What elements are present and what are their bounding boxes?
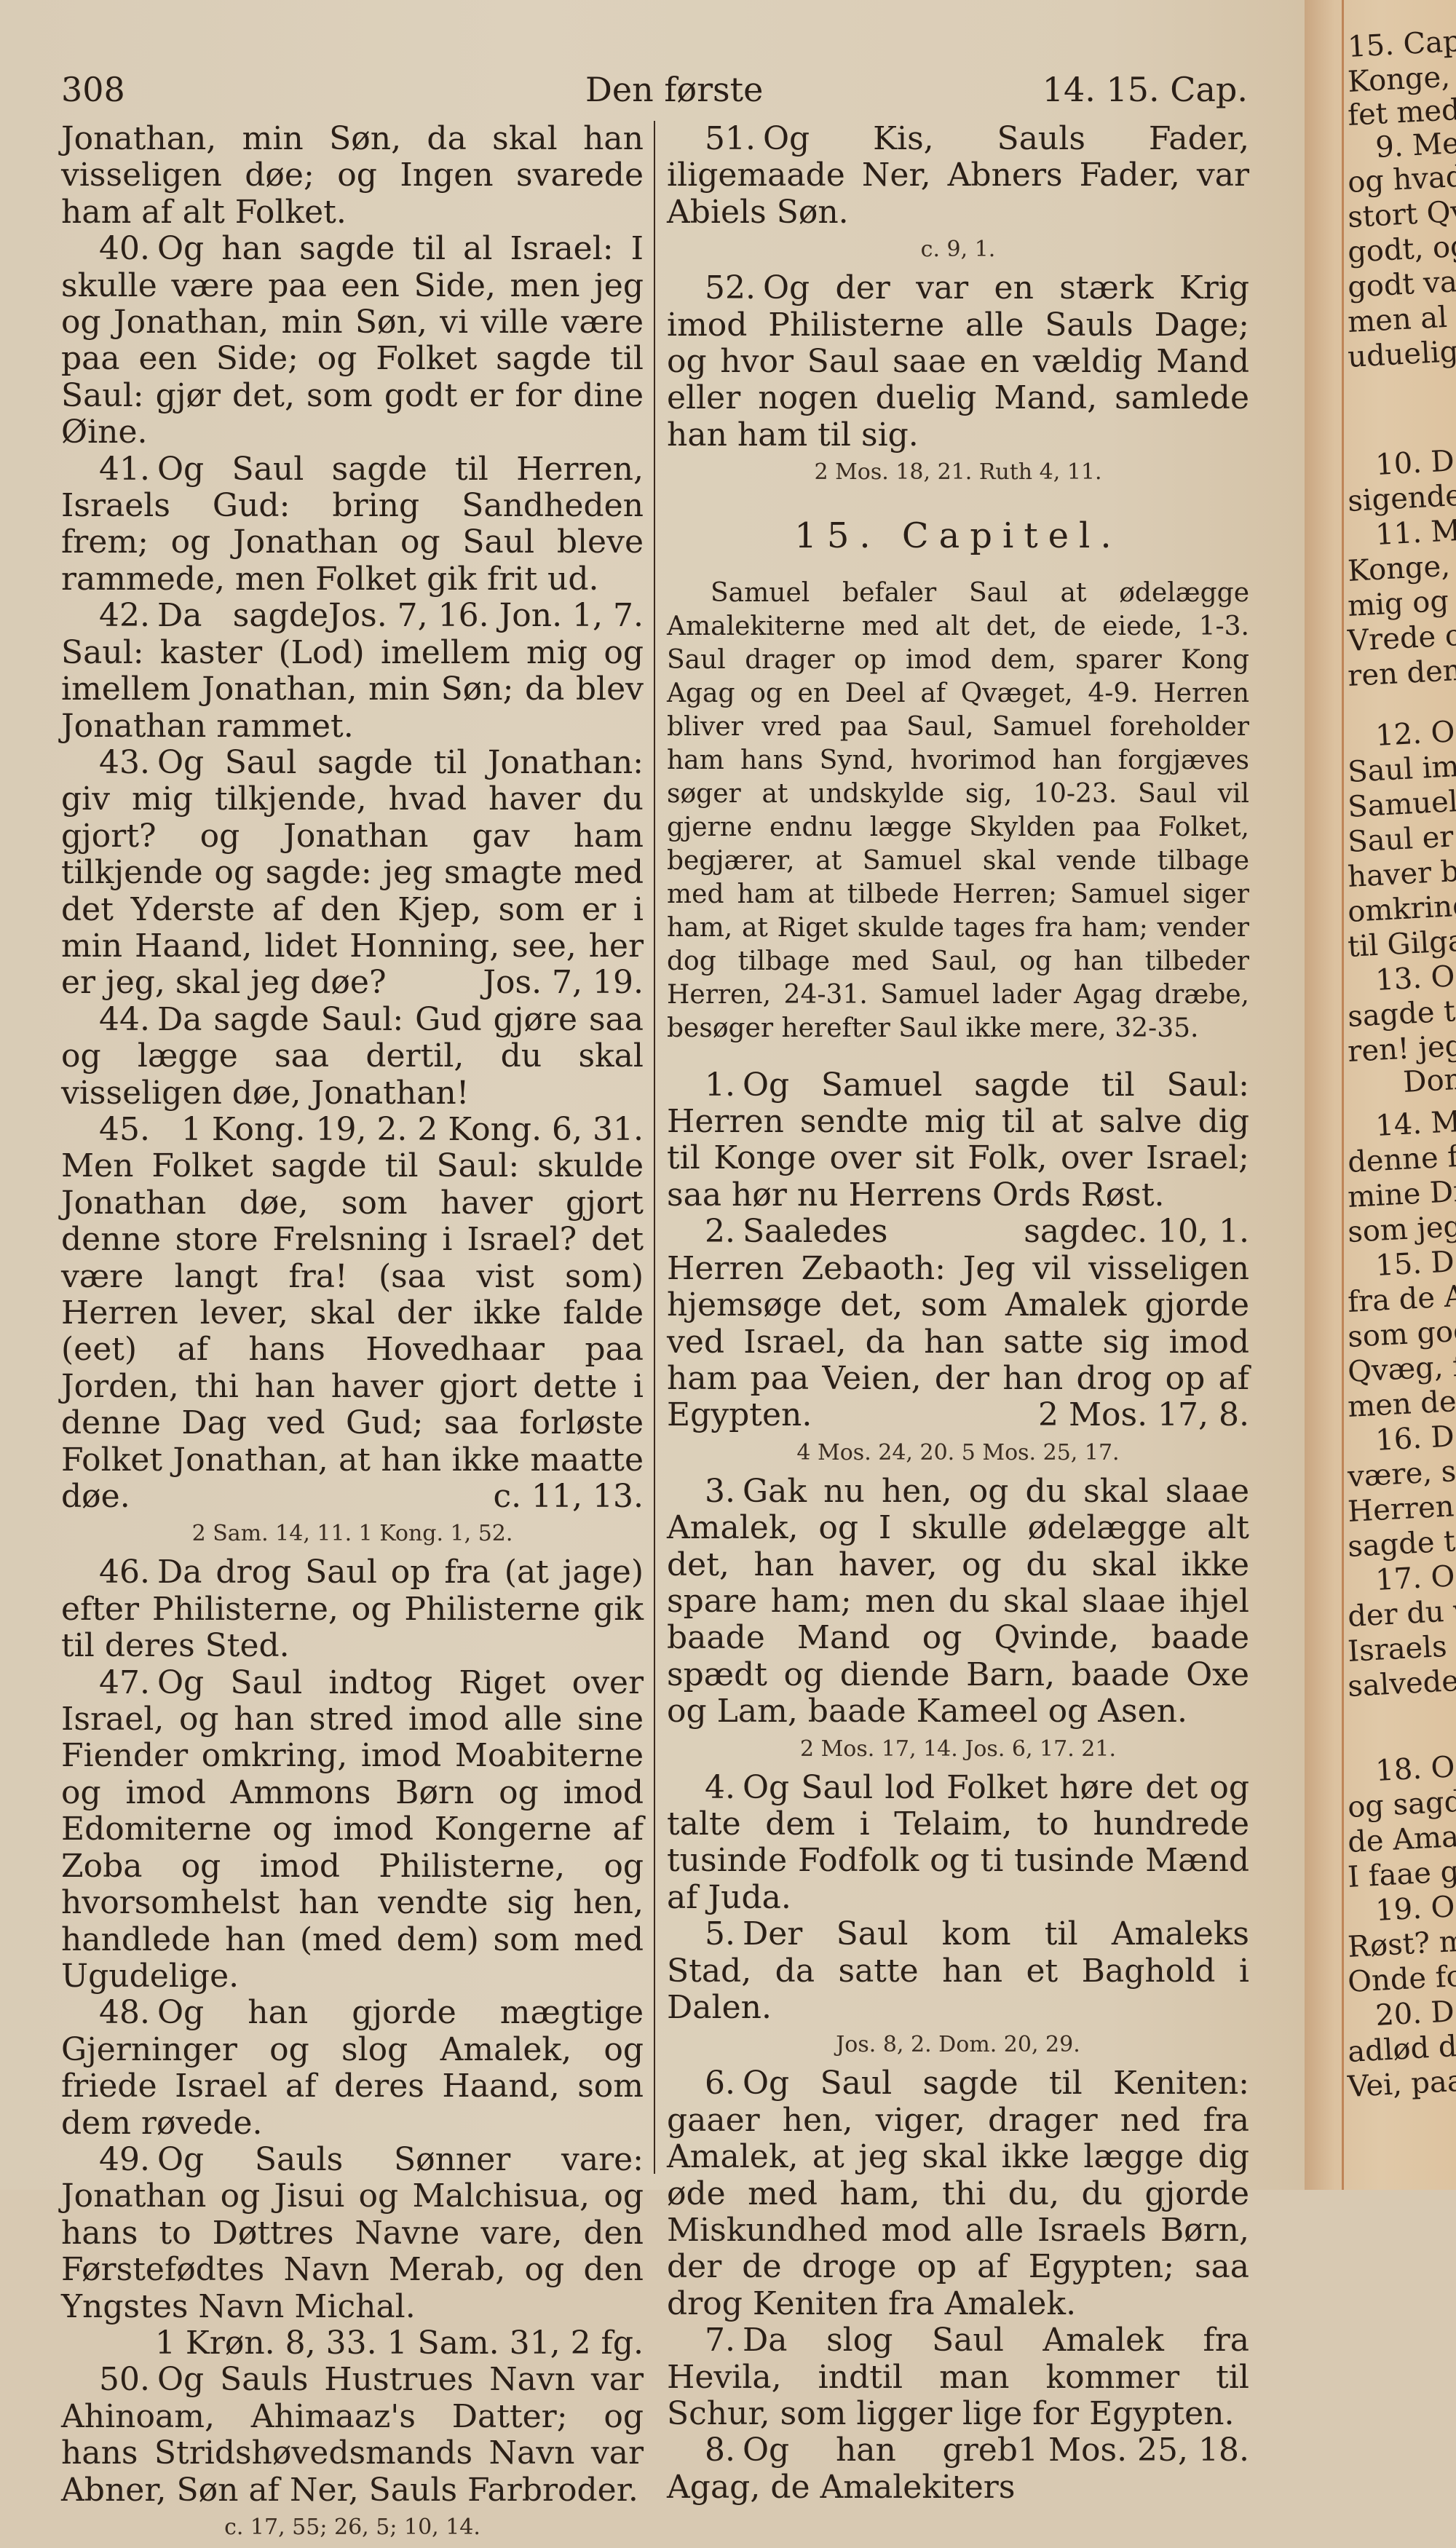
verse-text: Og Saul sagde til Keniten: gaaer hen, vi… — [667, 2065, 1249, 2190]
verse: 3.Gak nu hen, og du skal slaae Amalek, o… — [667, 1473, 1249, 1730]
verse-number: 6. — [667, 2065, 735, 2102]
summary-text: Samuel befaler Saul at ødelægge Amalekit… — [667, 578, 1249, 1043]
cross-reference-line: 2 Sam. 14, 11. 1 Kong. 1, 52. — [61, 1518, 644, 1550]
chapter-title: 15. Capitel. — [667, 518, 1249, 554]
verse: 47.Og Saul indtog Riget over Israel, og … — [61, 1665, 644, 1995]
page-header: 308 Den første 14. 15. Cap. — [61, 70, 1248, 114]
left-column: Jonathan, min Søn, da skal han visselige… — [61, 121, 644, 2190]
verse: 48.Og han gjorde mægtige Gjerninger og s… — [61, 1995, 644, 2142]
chapter-15-verses: 1.Og Samuel sagde til Saul: Herren sendt… — [667, 1067, 1249, 2190]
verse: 6.Og Saul sagde til Keniten: gaaer hen, … — [667, 2065, 1249, 2190]
verse-number: 51. — [667, 121, 756, 157]
verse-text: Der Saul kom til Amaleks Stad, da satte … — [667, 1915, 1249, 2026]
verse-text: Men Folket sagde til Saul: skulde Jonath… — [61, 1147, 644, 1515]
verse: 46.Da drog Saul op fra (at jage) efter P… — [61, 1554, 644, 1664]
inline-cross-reference: 1 Kong. 19, 2. 2 Kong. 6, 31. — [181, 1112, 644, 1148]
inline-cross-reference: Jos. 7, 19. — [483, 965, 644, 1001]
verse-number: 4. — [667, 1770, 735, 1806]
cross-reference-line: c. 9, 1. — [667, 234, 1249, 266]
inline-cross-reference: c. 11, 13. — [493, 1479, 644, 1515]
verse-text: Og Saul sagde til Jonathan: giv mig tilk… — [61, 744, 644, 1001]
verse: 52.Og der var en stærk Krig imod Philist… — [667, 270, 1249, 454]
cross-reference-line: 4 Mos. 24, 20. 5 Mos. 25, 17. — [667, 1437, 1249, 1469]
facing-page-line: Vei, paa — [1347, 2063, 1456, 2105]
verse: 41.Og Saul sagde til Herren, Israels Gud… — [61, 451, 644, 598]
book-page-308: 308 Den første 14. 15. Cap. Jonathan, mi… — [0, 0, 1305, 2190]
verse-number: 52. — [667, 270, 756, 306]
verse-number: 2. — [667, 1214, 735, 1250]
inline-cross-reference: 2 Mos. 17, 8. — [1038, 1397, 1249, 1433]
verse-text: Og Saul indtog Riget over Israel, og han… — [61, 1664, 644, 1995]
running-title: Den første — [585, 70, 763, 109]
chapter-14-end-verses: 51.Og Kis, Sauls Fader, iligemaade Ner, … — [667, 121, 1249, 488]
verse: 43.Og Saul sagde til Jonathan: giv mig t… — [61, 745, 644, 1002]
verse: 44.Da sagde Saul: Gud gjøre saa og lægge… — [61, 1002, 644, 1112]
verse-number: 1. — [667, 1067, 735, 1104]
cross-reference-line: 2 Mos. 18, 21. Ruth 4, 11. — [667, 456, 1249, 488]
inline-cross-reference: Jos. 7, 16. Jon. 1, 7. — [328, 598, 644, 634]
cross-reference-line: Jos. 8, 2. Dom. 20, 29. — [667, 2029, 1249, 2061]
verse: 4.Og Saul lod Folket høre det og talte d… — [667, 1770, 1249, 1917]
verse-number: 3. — [667, 1473, 735, 1510]
verse-text: Og Samuel sagde til Saul: Herren sendte … — [667, 1067, 1249, 1214]
verse: 45.Men Folket sagde til Saul: skulde Jon… — [61, 1112, 644, 1515]
verse-number: 41. — [61, 451, 150, 488]
verse: 1.Og Samuel sagde til Saul: Herren sendt… — [667, 1067, 1249, 1214]
verse-number: 44. — [61, 1002, 150, 1038]
verse-number: 43. — [61, 745, 150, 781]
column-divider — [654, 121, 655, 2174]
verse-number: 48. — [61, 1995, 150, 2031]
verse-number: 46. — [61, 1554, 150, 1591]
verse-number: 5. — [667, 1916, 735, 1952]
verse-number: 45. — [61, 1112, 150, 1148]
page-number: 308 — [61, 70, 125, 109]
verse-text: Og Saul lod Folket høre det og talte dem… — [667, 1769, 1249, 1916]
verse-number: 42. — [61, 598, 150, 634]
summary-indent — [667, 578, 711, 608]
verse-number: 49. — [61, 2142, 150, 2178]
cross-reference-line: 2 Mos. 17, 14. Jos. 6, 17. 21. — [667, 1733, 1249, 1765]
page-gutter-edge — [1342, 0, 1344, 2190]
verse-text: Jonathan, min Søn, da skal han visselige… — [61, 120, 644, 231]
right-column: 51.Og Kis, Sauls Fader, iligemaade Ner, … — [667, 121, 1249, 2190]
chapter-reference: 14. 15. Cap. — [1042, 70, 1248, 109]
chapter-summary: Samuel befaler Saul at ødelægge Amalekit… — [667, 577, 1249, 1045]
verse-number: 47. — [61, 1665, 150, 1701]
verse: Jonathan, min Søn, da skal han visselige… — [61, 121, 644, 231]
inline-cross-reference: c. 10, 1. — [1119, 1214, 1249, 1250]
facing-page-fragment: 15. Cap.Konge, levenfet med skarp 9. Men… — [1305, 0, 1456, 2190]
verse: 51.Og Kis, Sauls Fader, iligemaade Ner, … — [667, 121, 1249, 231]
verse: 49.Og Sauls Sønner vare: Jonathan og Jis… — [61, 2142, 644, 2190]
verse: 40.Og han sagde til al Israel: I skulle … — [61, 231, 644, 451]
verse-text: Gak nu hen, og du skal slaae Amalek, og … — [667, 1473, 1249, 1730]
verse-number: 40. — [61, 231, 150, 267]
verse: 5.Der Saul kom til Amaleks Stad, da satt… — [667, 1916, 1249, 2026]
